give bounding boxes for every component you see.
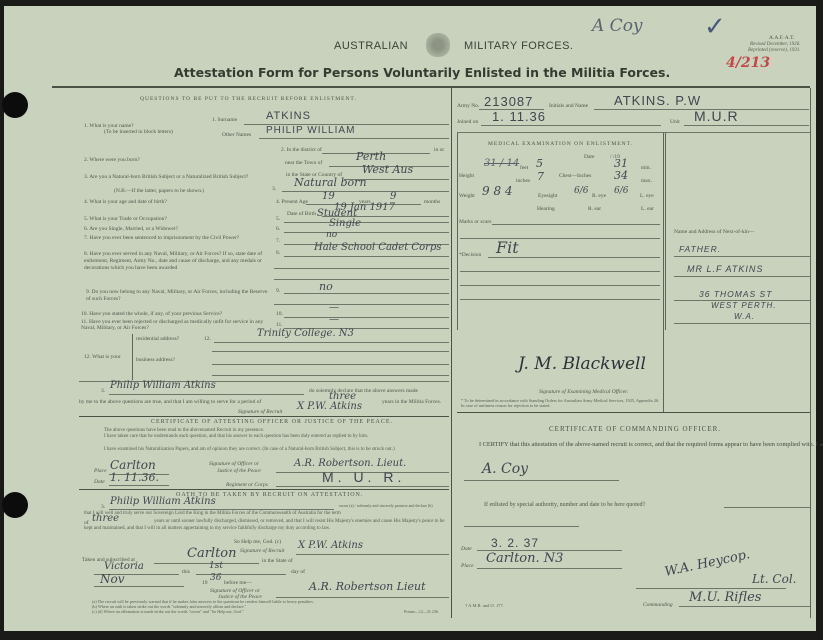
q10-line <box>284 317 449 318</box>
check-mark-icon: ✓ <box>704 12 726 42</box>
coat-of-arms-icon <box>426 33 450 57</box>
medical-date-label: Date <box>584 154 594 160</box>
r-ear-label: R. ear <box>588 206 601 212</box>
recruit-signature: X P.W. Atkins <box>297 401 362 412</box>
oath-side-note: swear (a) / solemnly and sincerely promi… <box>339 503 433 510</box>
attest-sig-label-2: Justice of the Peace <box>217 468 261 474</box>
q12-number: 12. <box>204 336 211 342</box>
chest-label: Chest—Inches <box>559 173 591 179</box>
red-annotation: 4/213 <box>726 55 770 71</box>
next-of-kin-label: Name and Address of Next-of-kin— <box>674 229 754 235</box>
q10-answer: — <box>329 302 339 313</box>
residential-value: Trinity College. N3 <box>257 328 354 339</box>
commanding-label: Commanding <box>643 602 673 608</box>
q9-label: 9. Do you now belong to any Naval, Milit… <box>86 289 272 303</box>
l-eye-label: L. eye <box>640 193 654 199</box>
nok-line-2 <box>674 276 810 277</box>
q11-answer: — <box>329 314 339 325</box>
next-of-kin-name: MR L.F ATKINS <box>687 264 763 274</box>
q3-number: 3. <box>272 186 276 192</box>
q9-number: 9. <box>276 288 280 294</box>
declaration-text-2: by me to the above questions are true, a… <box>79 399 261 405</box>
surname-label: 1. Surname <box>212 117 237 123</box>
org-name-left: AUSTRALIAN <box>334 40 408 52</box>
height-inches: 7 <box>537 170 544 183</box>
q1-note: (To be inserted in block letters) <box>104 129 173 135</box>
commanding-officer-rank: Lt. Col. <box>752 572 796 586</box>
commanding-top-rule <box>457 412 810 413</box>
form-title: Attestation Form for Persons Voluntarily… <box>174 65 670 80</box>
decision-label: *Decision <box>459 252 481 258</box>
q5-label: 5. What is your Trade or Occupation? <box>84 216 167 222</box>
q8-label: 8. Have you ever served in any Naval, Mi… <box>84 251 272 272</box>
town-label: near the Town of <box>285 160 322 166</box>
eyesight-right: 6/6 <box>574 186 588 196</box>
medical-title: MEDICAL EXAMINATION ON ENLISTMENT. <box>488 141 633 147</box>
l-ear-label: L. ear <box>641 206 654 212</box>
q7-number: 7. <box>276 238 280 244</box>
oath-number: 3. <box>101 504 105 510</box>
oath-name-line <box>109 509 334 510</box>
decision-line-3 <box>460 285 660 286</box>
oath-text-2: years or until sooner lawfully discharge… <box>84 519 449 532</box>
business-label: business address? <box>136 357 175 363</box>
height-label: Height <box>459 173 474 179</box>
q3-line <box>282 191 449 192</box>
decision-line-2 <box>460 271 660 272</box>
q10-number: 10. <box>276 311 283 317</box>
attest-date-label: Date <box>94 479 105 485</box>
attesting-cert-p2: I have taken care that he understands ea… <box>84 434 449 441</box>
taken-at-value: Carlton <box>187 546 237 561</box>
commanding-cert-text: I CERTIFY that this attestation of the a… <box>459 440 809 449</box>
column-divider <box>451 88 452 618</box>
q6-number: 6. <box>276 226 280 232</box>
weight-value: 9 8 4 <box>482 184 513 198</box>
q6-line <box>284 232 449 233</box>
months-label: months <box>424 199 440 205</box>
q9-line-1 <box>284 293 449 294</box>
q9-answer: no <box>319 280 333 293</box>
attest-place-label: Place <box>94 468 107 474</box>
in-or-label: in or <box>434 147 444 153</box>
oath-month-line <box>94 586 184 587</box>
attesting-cert-title: CERTIFICATE OF ATTESTING OFFICER OR JUST… <box>151 419 393 425</box>
residential-line <box>214 342 449 343</box>
header-rule <box>52 86 810 88</box>
next-of-kin-relation: FATHER. <box>679 244 721 254</box>
so-help-me-god: So Help me, God. (c) <box>234 539 281 545</box>
oath-officer-signature: A.R. Robertson Lieut <box>309 580 426 593</box>
q12-label: 12. What is your <box>84 354 121 360</box>
nok-line-4 <box>674 323 810 324</box>
q11-label: 11. Have you ever been rejected or disch… <box>81 319 271 331</box>
q8-line-2 <box>274 268 449 269</box>
joined-line <box>481 125 661 126</box>
business-line-2 <box>212 364 449 365</box>
army-no-value: 213087 <box>484 94 533 109</box>
oath-text-1: that I will well and truly serve our Sov… <box>84 511 341 518</box>
oath-year-prefix: 19 <box>202 580 208 586</box>
age-years: 19 <box>322 191 335 202</box>
residential-label: residential address? <box>136 336 179 342</box>
q4-label: 4. What is your age and date of birth? <box>84 199 167 205</box>
joined-value: 1. 11.36 <box>492 109 546 124</box>
regiment-value: M. U. R. <box>322 469 405 485</box>
oath-recruit-sig-label: Signature of Recruit <box>240 548 284 554</box>
height-feet: 5 <box>536 157 543 170</box>
chest-max: 34 <box>614 169 628 182</box>
binder-hole-top <box>2 92 28 118</box>
q6-label: 6. Are you Single, Married, or a Widower… <box>84 226 178 232</box>
army-no-label: Army No. <box>457 103 479 109</box>
r-eye-label: R. eye <box>592 193 606 199</box>
attest-date: 1. 11.36. <box>110 471 159 484</box>
binder-hole-bottom <box>2 492 28 518</box>
declaration-name-line <box>109 394 304 395</box>
town-value: Perth <box>356 150 386 163</box>
q10-label: 10. Have you stated the whole, if any, o… <box>81 311 222 317</box>
cmd-sig-line <box>636 588 786 589</box>
special-authority-line-1 <box>724 507 810 508</box>
taken-at-line <box>154 563 259 564</box>
joined-label: Joined on <box>457 119 478 125</box>
form-revision-2: Reprinted (reserve), 1931. <box>748 48 801 55</box>
oath-day: 1st <box>209 561 223 571</box>
state-value: West Aus <box>362 163 413 176</box>
commanding-cert-title: CERTIFICATE OF COMMANDING OFFICER. <box>549 425 721 433</box>
district-label: 2. In the district of <box>281 147 322 153</box>
cmd-place-label: Place <box>461 563 474 569</box>
right-border <box>810 88 811 618</box>
before-me-label: before me— <box>224 580 252 586</box>
medical-right-border <box>663 133 664 413</box>
marks-line-2 <box>460 238 660 239</box>
printer-code: Printer—12—31.236. <box>404 609 439 616</box>
decision-value: Fit <box>496 238 519 257</box>
oath-state-value: Victoria <box>104 561 144 572</box>
q8-answer: Hale School Cadet Corps <box>314 242 441 253</box>
oath-day-of-label: day of <box>291 569 305 575</box>
oath-state-label: in the State of <box>262 558 293 564</box>
oath-officer-sig-line <box>276 597 449 598</box>
oath-top-rule <box>79 489 449 490</box>
q3-note: (N.B.—If the latter, papers to be shown.… <box>114 188 204 194</box>
attest-sig-label-1: Signature of Officer or <box>209 461 259 467</box>
q8-line-3 <box>274 279 449 280</box>
other-names-label: Other Names <box>222 132 251 138</box>
special-authority-line-2 <box>464 526 579 527</box>
eyesight-label: Eyesight <box>538 193 557 199</box>
cmd-place-value: Carlton. N3 <box>486 551 563 566</box>
marks-line-1 <box>492 224 660 225</box>
attest-place: Carlton <box>110 458 156 472</box>
q7-answer: no <box>326 230 337 240</box>
attest-officer-signature: A.R. Robertson. Lieut. <box>294 458 406 469</box>
decision-line-1 <box>488 257 660 258</box>
other-names-value: PHILIP WILLIAM <box>266 125 355 136</box>
annotation-a-coy: A Coy <box>592 16 643 36</box>
next-of-kin-street: 36 THOMAS ST <box>699 289 772 299</box>
commanding-officer-signature: W.A. Heycop. <box>663 547 751 580</box>
next-of-kin-state: W.A. <box>734 312 755 321</box>
unit-label: Unit <box>670 119 680 125</box>
medical-officer-signature: J. M. Blackwell <box>518 354 646 374</box>
height-struck: 31 / 14 <box>484 158 519 169</box>
q12-bracket <box>132 334 133 380</box>
org-name-right: MILITARY FORCES. <box>464 40 573 52</box>
eyesight-left: 6/6 <box>614 186 628 196</box>
oath-recruit-signature: X P.W. Atkins <box>298 540 363 551</box>
chest-max-label: max. <box>641 178 652 184</box>
q7-label: 7. Have you ever been sentenced to impri… <box>84 235 272 242</box>
special-authority-label: If enlisted by special authority, number… <box>484 502 646 508</box>
declaration-name: Philip William Atkins <box>110 380 216 391</box>
oath-name: Philip William Atkins <box>110 496 216 507</box>
commanding-unit: M.U. Rifles <box>689 590 761 605</box>
regiment-line <box>276 486 449 487</box>
medical-footnote: * To be determined in accordance with St… <box>461 398 661 408</box>
chest-min-label: min. <box>641 165 651 171</box>
hearing-label: Hearing <box>537 206 555 212</box>
feet-label: feet <box>520 165 528 171</box>
cmd-place-line <box>477 568 622 569</box>
q2-label: 2. Where were you born? <box>84 157 140 163</box>
q8-line-1 <box>284 256 449 257</box>
attesting-cert-p3: I have examined his Naturalization Paper… <box>84 447 449 454</box>
unit-value: M.U.R <box>694 108 739 124</box>
age-months: 9 <box>390 191 396 202</box>
age-label: 4. Present Age <box>276 199 308 205</box>
attestation-form-page: AUSTRALIAN MILITARY FORCES. Attestation … <box>4 6 816 631</box>
allot-line <box>464 480 619 481</box>
q3-answer: Natural born <box>294 176 367 189</box>
initials-name-label: Initials and Name <box>549 103 588 109</box>
declaration-text-1: do solemnly declare that the above answe… <box>309 388 418 394</box>
business-line-3 <box>212 375 449 376</box>
unit-line <box>684 125 809 126</box>
other-names-line <box>259 138 449 139</box>
q5-number: 5. <box>276 216 280 222</box>
weight-label: Weight <box>459 193 475 199</box>
oath-this-label: this <box>182 569 190 575</box>
marks-label: Marks or scars <box>459 219 491 225</box>
q8-number: 8. <box>276 250 280 256</box>
certificate-top-rule <box>79 416 449 417</box>
q9-line-2 <box>274 304 449 305</box>
allot-value: A. Coy <box>482 461 528 477</box>
inches-label: inches <box>516 178 530 184</box>
surname-value: ATKINS <box>266 110 311 122</box>
decision-line-4 <box>460 299 660 300</box>
attest-date-line <box>109 485 169 486</box>
form-code: A.A.F. A.T. <box>769 35 794 41</box>
declaration-number: 3. <box>101 388 105 394</box>
oath-recruit-sig-line <box>296 554 449 555</box>
regiment-label: Regiment or Corps <box>226 482 268 488</box>
oath-year: 36 <box>210 573 221 583</box>
commanding-footnote: † A.M.R. and O. 177. <box>465 603 504 610</box>
recruit-signature-label: Signature of Recruit <box>238 409 282 415</box>
oath-month: Nov <box>100 572 125 586</box>
q6-answer: Single <box>329 218 361 229</box>
declaration-text-3: years in the Militia Forces. <box>382 399 441 405</box>
footnote-c: (c) (d) Where an affirmation is made str… <box>92 609 244 614</box>
next-of-kin-suburb: WEST PERTH. <box>711 301 777 310</box>
cmd-date-value: 3. 2. 37 <box>491 536 539 550</box>
initials-name-value: ATKINS. P.W <box>614 93 701 108</box>
q5-line <box>284 222 449 223</box>
dob-label: Date of Birth <box>287 211 316 217</box>
commanding-unit-line <box>679 606 810 607</box>
business-line-1 <box>212 351 449 352</box>
cmd-date-label: Date <box>461 546 472 552</box>
medical-officer-label: Signature of Examining Medical Officer. <box>539 389 628 395</box>
q3-label: 3. Are you a Natural-born British Subjec… <box>84 174 274 181</box>
nok-line-1 <box>674 256 810 257</box>
questions-section-title: QUESTIONS TO BE PUT TO THE RECRUIT BEFOR… <box>140 96 357 102</box>
